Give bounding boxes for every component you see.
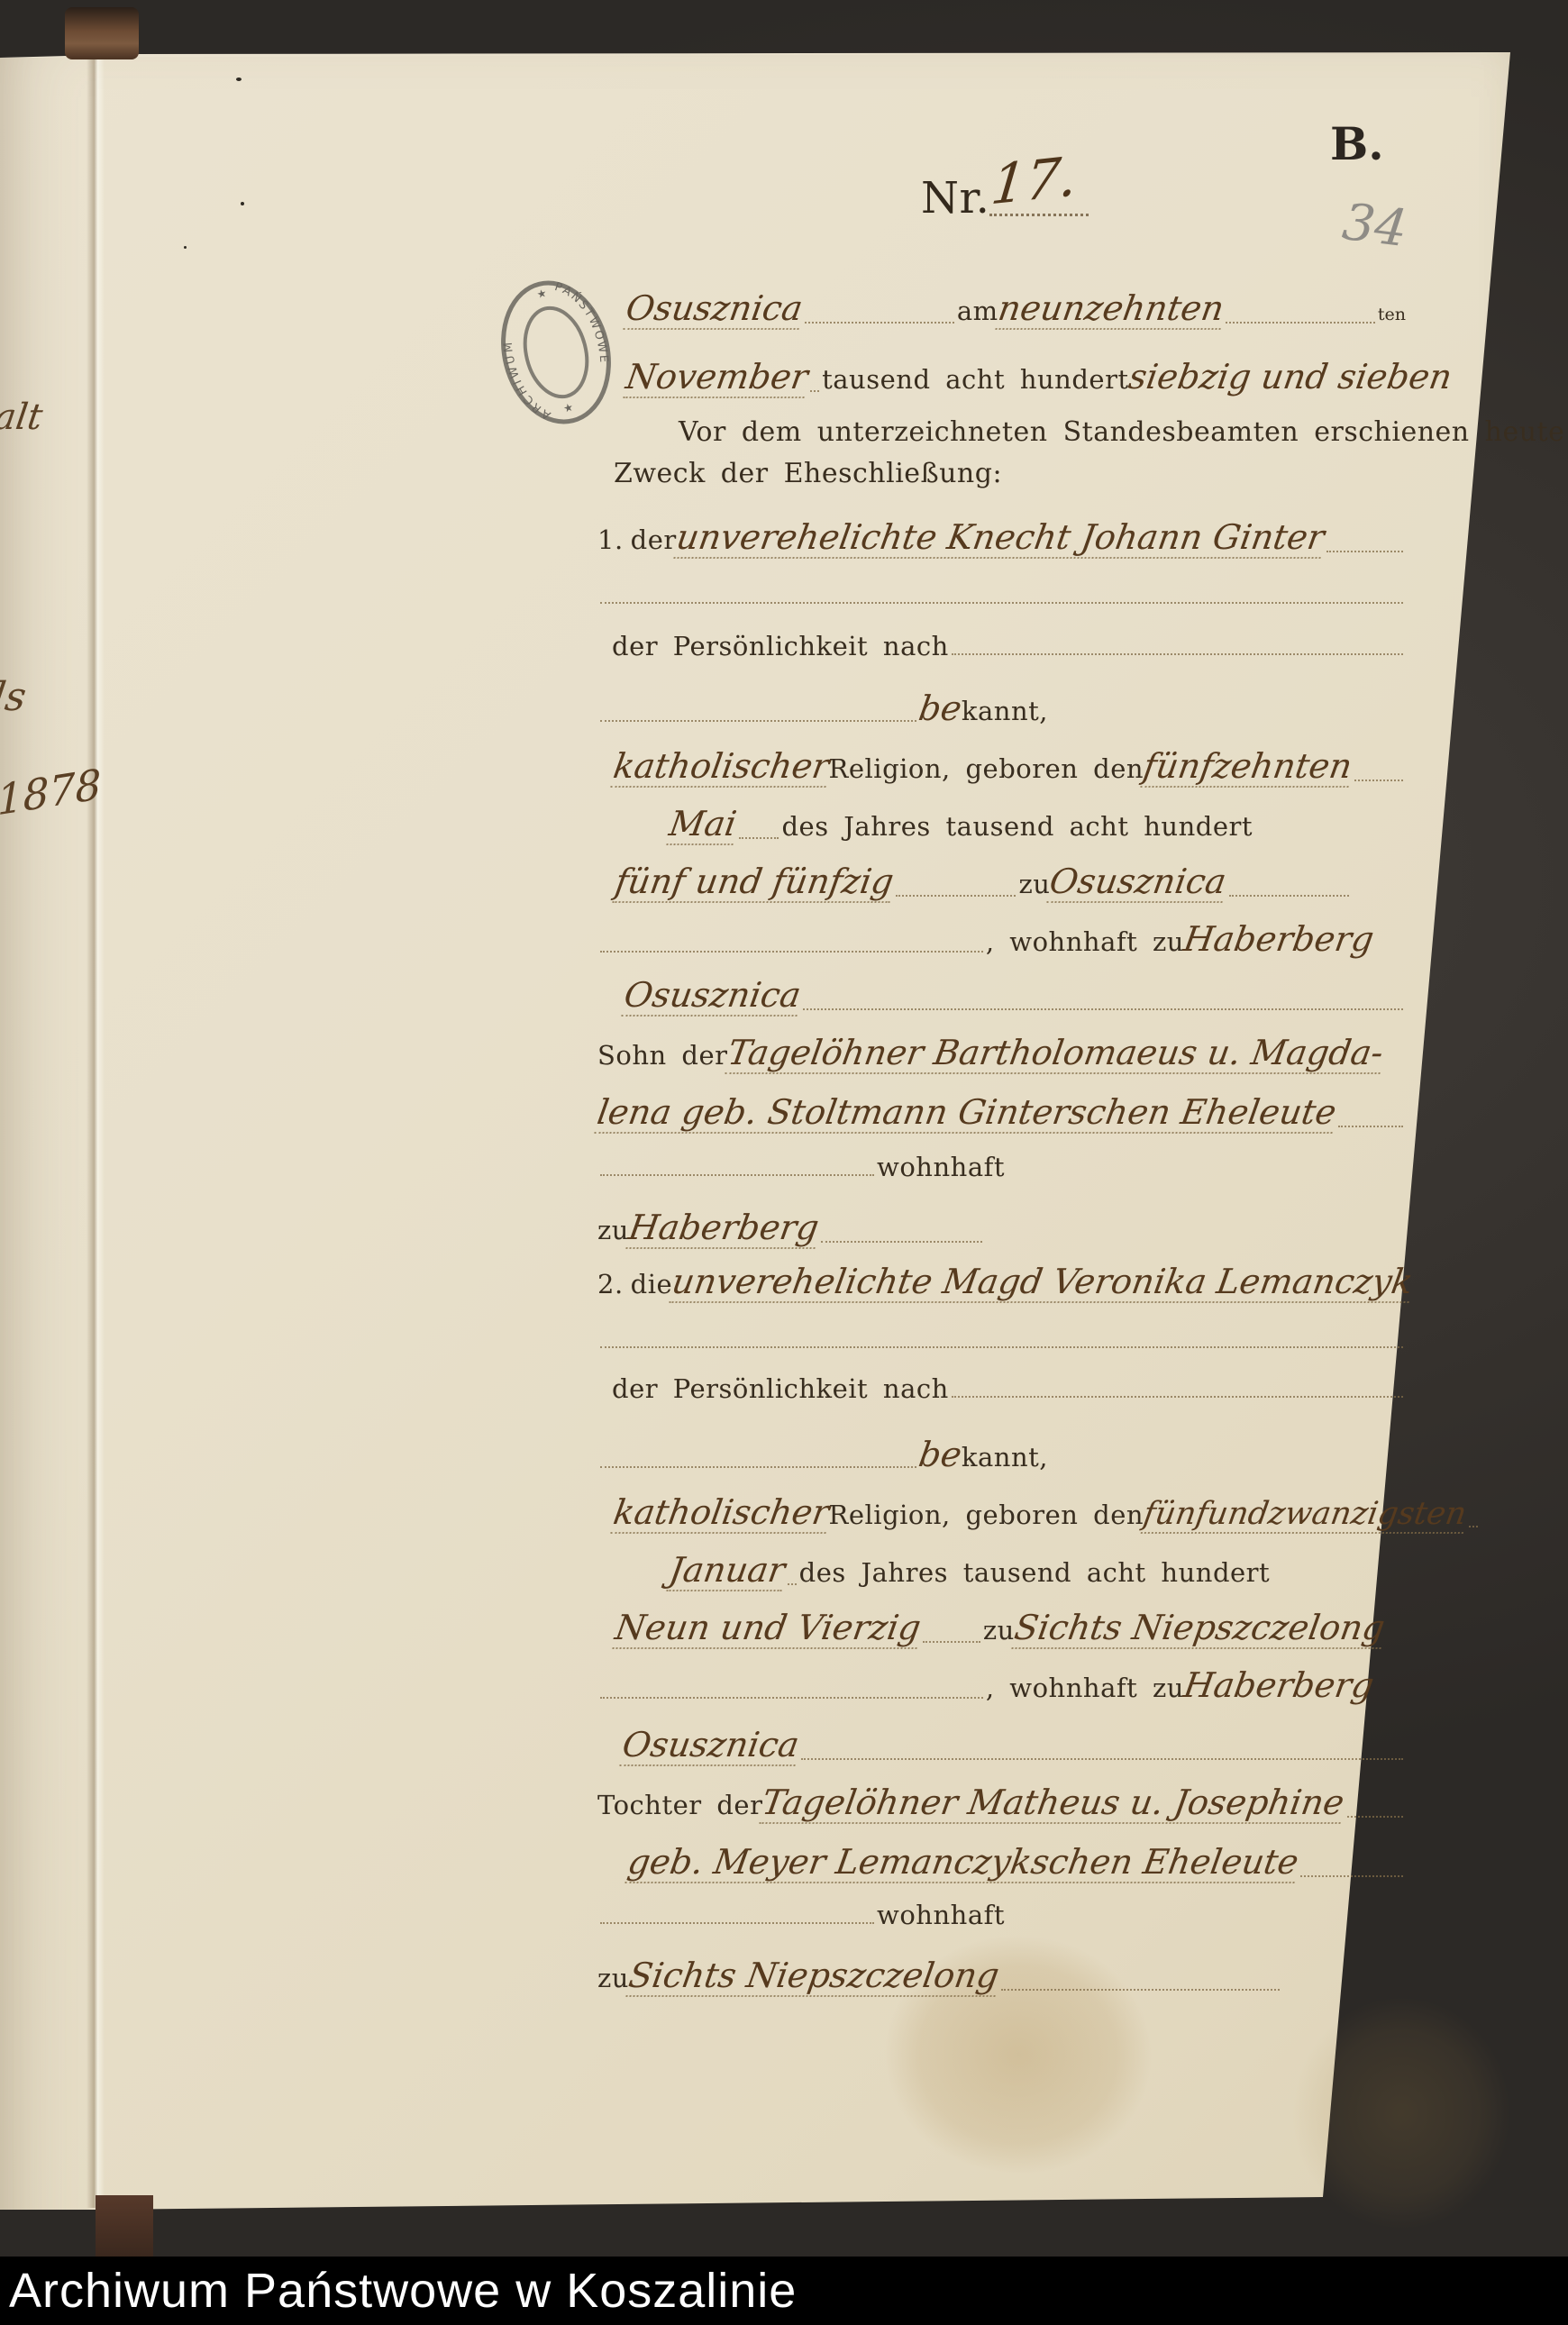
dotted-fill: [805, 322, 954, 324]
groom-residence2-line: Osusznica: [597, 975, 1406, 1017]
intro-text-2: Zweck der Eheschließung:: [614, 458, 1002, 489]
intro-line-2: Zweck der Eheschließung:: [597, 458, 1406, 489]
printed-ten: ten: [1378, 305, 1406, 324]
ink-speck: [236, 77, 242, 81]
groom-birth-month-line: Mai des Jahres tausend acht hundert: [597, 804, 1406, 845]
handwritten-be: be: [916, 688, 965, 728]
empty-dotted-line: [597, 602, 1406, 610]
printed-zu: zu: [597, 1215, 629, 1245]
groom-residence2: Osusznica: [621, 975, 804, 1017]
bride-parents-line2: geb. Meyer Lemanczykschen Eheleute: [597, 1842, 1406, 1883]
groom-parents-line1: Sohn der Tagelöhner Bartholomaeus u. Mag…: [597, 1033, 1406, 1074]
printed-persoenlichkeit: der Persönlichkeit nach: [612, 1373, 949, 1404]
dotted-fill: [1300, 1875, 1403, 1877]
bride-residence2-line: Osusznica: [597, 1725, 1406, 1766]
ink-speck: [241, 202, 244, 205]
margin-fragment: alt: [0, 397, 45, 438]
groom-parents-2: lena geb. Stoltmann Ginterschen Eheleute: [594, 1092, 1339, 1134]
groom-residence-line: , wohnhaft zu Haberberg: [597, 919, 1406, 959]
bride-identity-line: der Persönlichkeit nach: [597, 1373, 1406, 1404]
dotted-fill: [1469, 1526, 1478, 1527]
intro-text-1: Vor dem unterzeichneten Standesbeamten e…: [679, 416, 1568, 448]
stamp-star-icon: ★: [535, 287, 548, 301]
printed-persoenlichkeit: der Persönlichkeit nach: [612, 631, 949, 661]
printed-wohnhaft-zu: , wohnhaft zu: [986, 926, 1184, 957]
paper-stain: [1262, 1965, 1541, 2262]
printed-des-jahres: des Jahres tausend acht hundert: [799, 1557, 1271, 1588]
groom-religion: katholischer: [610, 746, 832, 788]
dotted-fill: [1347, 1816, 1403, 1818]
printed-wohnhaft-zu: , wohnhaft zu: [986, 1673, 1184, 1703]
groom-parents-1: Tagelöhner Bartholomaeus u. Magda-: [725, 1033, 1386, 1074]
dotted-fill: [600, 1697, 983, 1699]
printed-kannt: kannt,: [962, 696, 1048, 726]
footer-bar: Archiwum Państwowe w Koszalinie: [0, 2257, 1568, 2325]
dotted-fill: [1226, 322, 1375, 324]
nr-value-handwritten: 17.: [989, 144, 1080, 217]
printed-am: am: [957, 296, 998, 326]
printed-religion-geboren: Religion, geboren den: [829, 1500, 1144, 1530]
book-spine-top: [65, 7, 139, 59]
handwritten-year: siebzig und sieben: [1126, 357, 1454, 397]
printed-tochter-der: Tochter der: [597, 1790, 762, 1820]
bride-residence2: Osusznica: [619, 1725, 802, 1766]
bride-religion: katholischer: [610, 1492, 832, 1534]
groom-parents-line2: lena geb. Stoltmann Ginterschen Eheleute: [597, 1092, 1406, 1134]
bride-birth-year-line: Neun und Vierzig zu Sichts Niepszczelong: [597, 1608, 1406, 1649]
groom-birth-day: fünfzehnten: [1140, 746, 1354, 788]
bride-birth-day: fünfundzwanzigsten: [1141, 1496, 1469, 1534]
dotted-fill: [739, 837, 779, 839]
ink-speck: [184, 246, 187, 249]
handwritten-month: November: [623, 357, 810, 398]
bride-birth-year: Neun und Vierzig: [612, 1608, 923, 1649]
groom-parents-residence: Haberberg: [625, 1208, 821, 1249]
bride-birth-month: Januar: [666, 1550, 788, 1591]
bride-bekannt-line: be kannt,: [597, 1435, 1048, 1474]
groom-name-handwritten: unverehelichte Knecht Johann Ginter: [673, 517, 1326, 559]
printed-sohn-der: Sohn der: [597, 1040, 728, 1071]
dotted-fill: [600, 1466, 916, 1468]
bride-birth-month-line: Januar des Jahres tausend acht hundert: [597, 1550, 1406, 1591]
bride-name-handwritten: unverehelichte Magd Veronika Lemanczyk: [670, 1262, 1417, 1303]
groom-wohnhaft-line: wohnhaft: [597, 1152, 1005, 1182]
printed-des-jahres: des Jahres tausend acht hundert: [781, 811, 1253, 842]
groom-residence: Haberberg: [1181, 919, 1376, 959]
dotted-fill: [803, 1008, 1403, 1010]
paper-stain: [847, 1901, 1190, 2208]
groom-religion-line: katholischer Religion, geboren den fünfz…: [597, 746, 1406, 788]
bride-name-line: 2. die unverehelichte Magd Veronika Lema…: [597, 1262, 1406, 1303]
bride-article: die: [631, 1269, 673, 1299]
groom-identity-line: der Persönlichkeit nach: [597, 631, 1406, 661]
bride-wohnhaft-line: wohnhaft: [597, 1900, 1005, 1930]
book-spine-bottom: [96, 2195, 153, 2258]
groom-birth-month: Mai: [666, 804, 739, 845]
groom-birth-year: fünf und fünfzig: [612, 862, 896, 903]
bride-parents-residence-line: zu Sichts Niepszczelong: [597, 1956, 1282, 1997]
dotted-fill: [1354, 780, 1403, 781]
dotted-fill: [600, 1346, 1403, 1348]
printed-religion-geboren: Religion, geboren den: [829, 753, 1144, 784]
dotted-fill: [821, 1241, 982, 1243]
dotted-fill: [600, 951, 983, 953]
dotted-fill: [1229, 895, 1349, 897]
intro-line-1: Vor dem unterzeichneten Standesbeamten e…: [597, 416, 1406, 448]
handwritten-day: neunzehnten: [995, 288, 1226, 330]
groom-parents-residence-line: zu Haberberg: [597, 1208, 985, 1249]
dotted-fill: [1001, 1989, 1280, 1991]
printed-wohnhaft: wohnhaft: [877, 1152, 1005, 1182]
dotted-fill: [600, 1174, 874, 1176]
groom-bekannt-line: be kannt,: [597, 688, 1048, 728]
dotted-fill: [896, 895, 1016, 897]
dotted-fill: [952, 1396, 1403, 1398]
groom-birth-year-line: fünf und fünfzig zu Osusznica: [597, 862, 1406, 903]
handwritten-place: Osusznica: [623, 288, 806, 330]
dotted-fill: [1326, 551, 1403, 552]
bride-parents-line1: Tochter der Tagelöhner Matheus u. Joseph…: [597, 1782, 1406, 1824]
dotted-fill: [1338, 1126, 1403, 1127]
dotted-fill: [600, 602, 1403, 604]
printed-wohnhaft: wohnhaft: [877, 1900, 1005, 1930]
form-line-month-year: November tausend acht hundert siebzig un…: [597, 357, 1406, 398]
dotted-fill: [788, 1583, 797, 1585]
dotted-fill: [952, 653, 1403, 655]
bride-parents-2: geb. Meyer Lemanczykschen Eheleute: [624, 1842, 1301, 1883]
dotted-fill: [801, 1758, 1403, 1760]
bride-residence-line: , wohnhaft zu Haberberg: [597, 1665, 1406, 1705]
pencil-page-number: 34: [1339, 193, 1410, 259]
printed-zu: zu: [597, 1963, 629, 1993]
printed-zu: zu: [983, 1615, 1015, 1646]
nr-label: Nr.: [921, 173, 989, 223]
dotted-fill: [600, 1922, 874, 1924]
groom-number: 1.: [597, 524, 624, 555]
groom-article: der: [631, 524, 677, 555]
bride-number: 2.: [597, 1269, 624, 1299]
record-number-line: Nr. 17.: [921, 173, 1089, 223]
bride-religion-line: katholischer Religion, geboren den fünfu…: [597, 1492, 1406, 1534]
bride-birth-place: Sichts Niepszczelong: [1011, 1608, 1387, 1649]
dotted-fill: [600, 720, 916, 722]
handwritten-be: be: [916, 1435, 965, 1474]
groom-birth-place: Osusznica: [1047, 862, 1230, 903]
archive-caption: Archiwum Państwowe w Koszalinie: [9, 2263, 797, 2319]
stamp-star-icon: ★: [562, 400, 575, 415]
form-letter-b: B.: [1330, 117, 1384, 170]
empty-dotted-line: [597, 1346, 1406, 1354]
printed-kannt: kannt,: [962, 1442, 1048, 1472]
form-line-place-day: Osusznica am neunzehnten ten: [597, 288, 1406, 330]
dotted-fill: [810, 390, 819, 392]
printed-zu: zu: [1018, 869, 1050, 899]
bride-parents-residence: Sichts Niepszczelong: [625, 1956, 1001, 1997]
page-fold-crease: [87, 56, 105, 2208]
bride-parents-1: Tagelöhner Matheus u. Josephine: [760, 1782, 1347, 1824]
printed-tausend: tausend acht hundert: [822, 364, 1128, 395]
groom-name-line: 1. der unverehelichte Knecht Johann Gint…: [597, 517, 1406, 559]
bride-residence: Haberberg: [1181, 1665, 1376, 1705]
dotted-fill: [923, 1641, 980, 1643]
